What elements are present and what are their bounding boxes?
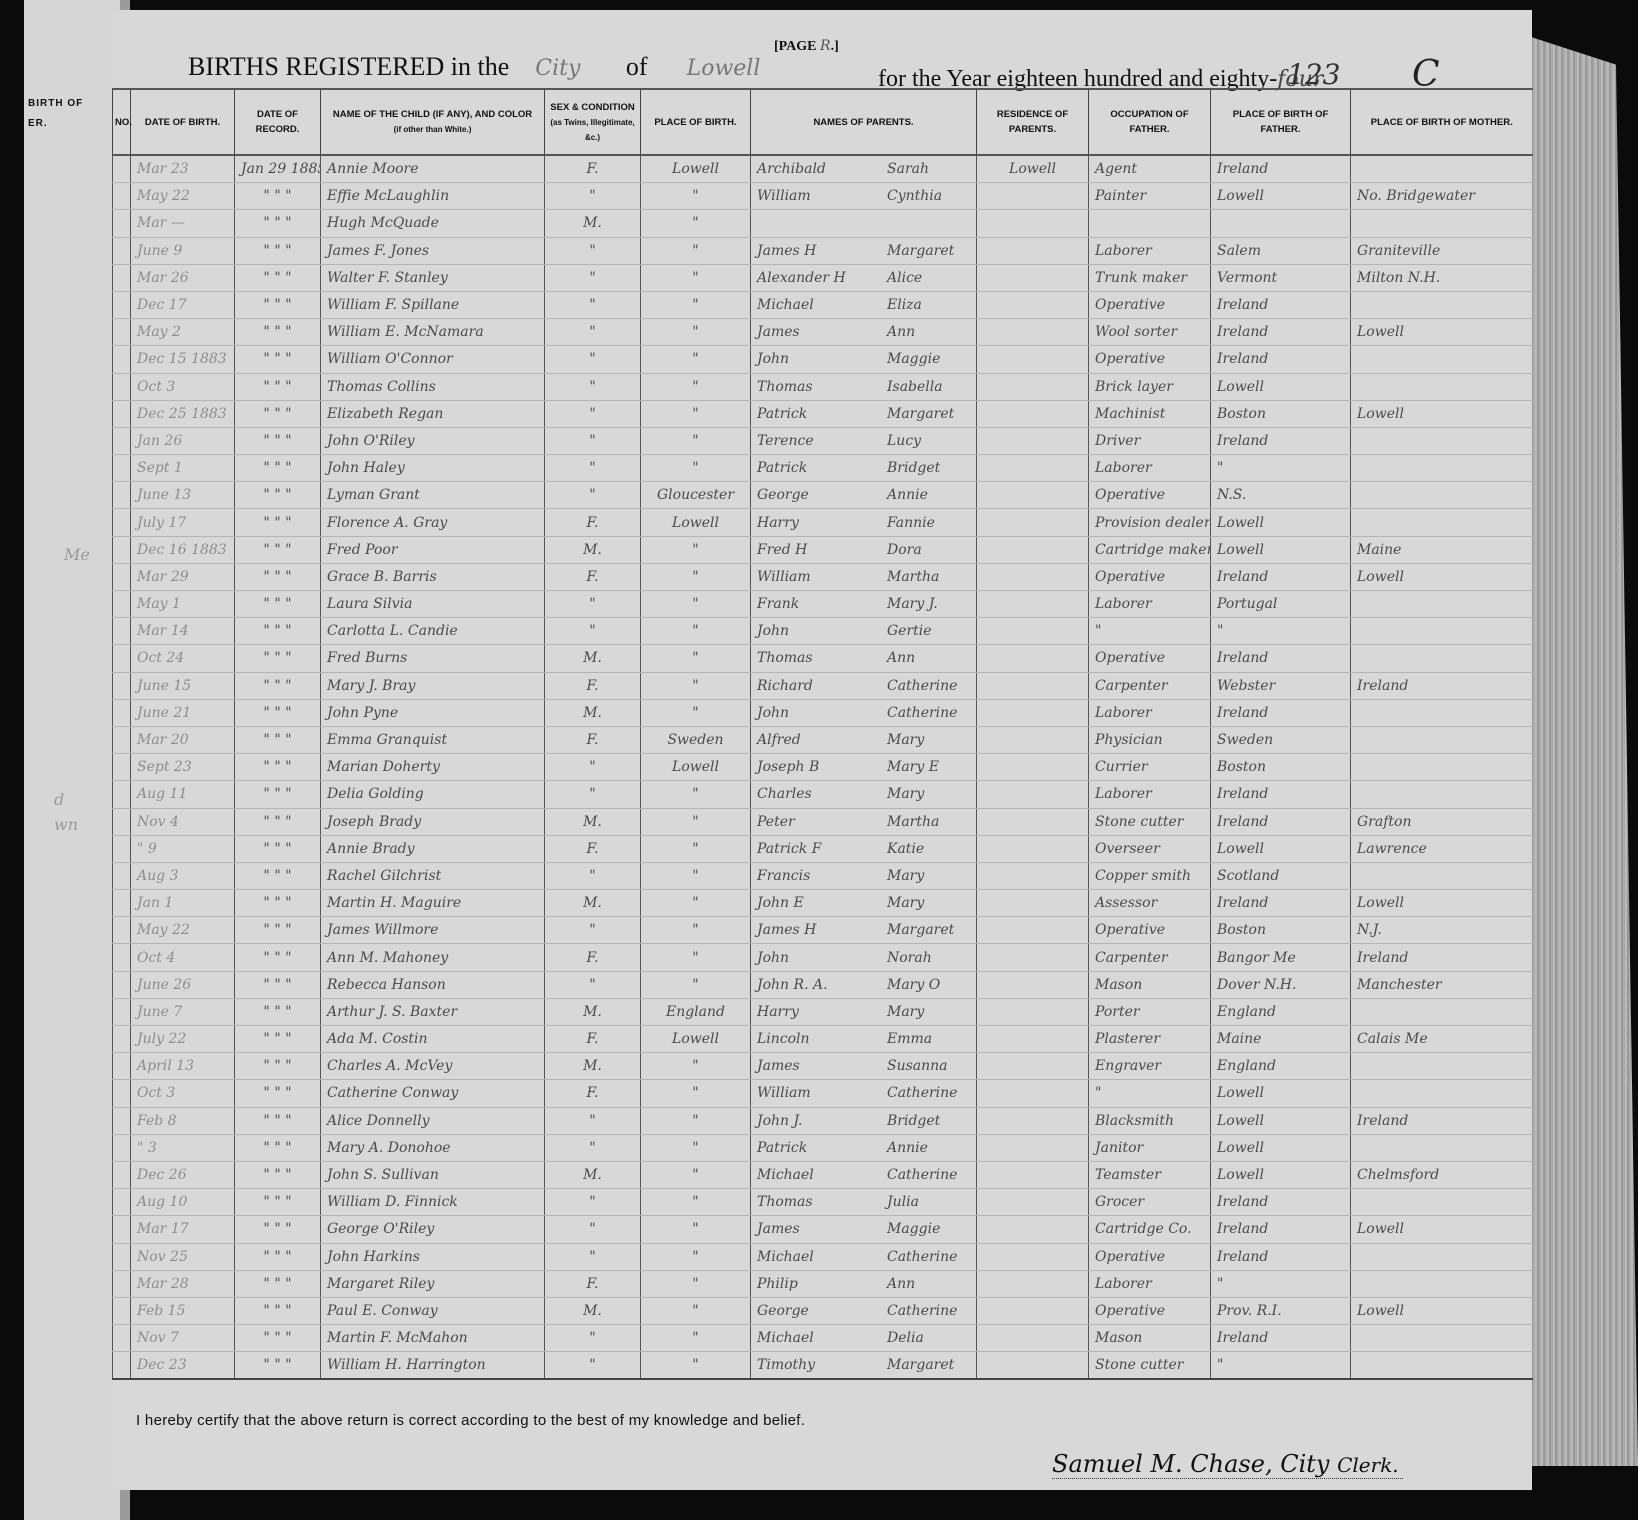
parents-names: RichardCatherine [751, 672, 977, 699]
table-row: April 13" " "Charles A. McVeyM."JamesSus… [113, 1053, 1533, 1080]
date-of-birth: Mar 23 [131, 155, 235, 183]
parents-names: FrancisMary [751, 862, 977, 889]
date-of-record: " " " [235, 754, 321, 781]
residence [977, 591, 1089, 618]
mother-name: Martha [887, 569, 939, 585]
date-of-birth: Feb 8 [131, 1107, 235, 1134]
sex-condition: " [545, 482, 641, 509]
mother-birthplace: Grafton [1351, 808, 1533, 835]
occupation: Operative [1089, 1243, 1211, 1270]
date-of-record: " " " [235, 427, 321, 454]
date-of-record: " " " [235, 210, 321, 237]
mother-name: Maggie [887, 351, 940, 367]
mother-name: Alice [887, 270, 922, 286]
father-birthplace: Ireland [1211, 1325, 1351, 1352]
residence [977, 1026, 1089, 1053]
date-of-birth: Oct 3 [131, 373, 235, 400]
child-name: Rachel Gilchrist [321, 862, 545, 889]
table-row: May 22" " "James Willmore""James HMargar… [113, 917, 1533, 944]
occupation: Physician [1089, 726, 1211, 753]
date-of-birth: Aug 3 [131, 862, 235, 889]
col-residence: Residence of Parents. [977, 89, 1089, 155]
mother-name: Margaret [887, 922, 954, 938]
table-row: Aug 11" " "Delia Golding""CharlesMaryLab… [113, 781, 1533, 808]
date-of-record: Jan 29 1885 [235, 155, 321, 183]
col-date-of-birth: Date of Birth. [131, 89, 235, 155]
occupation: Driver [1089, 427, 1211, 454]
residence [977, 862, 1089, 889]
occupation: Operative [1089, 1297, 1211, 1324]
row-number [113, 1243, 131, 1270]
father-birthplace: Prov. R.I. [1211, 1297, 1351, 1324]
row-number [113, 183, 131, 210]
mother-name: Margaret [887, 1357, 954, 1373]
place-of-birth: " [641, 699, 751, 726]
sex-condition: " [545, 862, 641, 889]
date-of-record: " " " [235, 1297, 321, 1324]
occupation: Plasterer [1089, 1026, 1211, 1053]
table-row: Mar 29" " "Grace B. BarrisF."WilliamMart… [113, 563, 1533, 590]
row-number [113, 563, 131, 590]
occupation: Carpenter [1089, 944, 1211, 971]
parents-names: Patrick FKatie [751, 835, 977, 862]
row-number [113, 917, 131, 944]
mother-birthplace: Manchester [1351, 971, 1533, 998]
mother-name: Cynthia [887, 188, 942, 204]
row-number [113, 1270, 131, 1297]
father-birthplace: Maine [1211, 1026, 1351, 1053]
mother-birthplace [1351, 1053, 1533, 1080]
date-of-birth: Nov 7 [131, 1325, 235, 1352]
residence [977, 1352, 1089, 1380]
mother-birthplace [1351, 1352, 1533, 1380]
place-of-birth: " [641, 917, 751, 944]
sex-condition: F. [545, 155, 641, 183]
place-of-birth: " [641, 1189, 751, 1216]
date-of-record: " " " [235, 291, 321, 318]
occupation: Engraver [1089, 1053, 1211, 1080]
mother-name: Norah [887, 950, 932, 966]
father-name: William [757, 569, 887, 585]
row-number [113, 998, 131, 1025]
row-number [113, 1297, 131, 1324]
occupation: Trunk maker [1089, 264, 1211, 291]
father-name: Patrick [757, 1140, 887, 1156]
date-of-record: " " " [235, 699, 321, 726]
place-of-birth: Lowell [641, 155, 751, 183]
residence [977, 672, 1089, 699]
father-birthplace: Lowell [1211, 1107, 1351, 1134]
child-name: Arthur J. S. Baxter [321, 998, 545, 1025]
father-name: Alexander H [757, 270, 887, 286]
occupation: Operative [1089, 346, 1211, 373]
date-of-record: " " " [235, 971, 321, 998]
child-name: Fred Burns [321, 645, 545, 672]
date-of-birth: June 21 [131, 699, 235, 726]
parents-names: FrankMary J. [751, 591, 977, 618]
occupation: Laborer [1089, 781, 1211, 808]
occupation: Laborer [1089, 591, 1211, 618]
row-number [113, 944, 131, 971]
row-number [113, 1053, 131, 1080]
mother-birthplace: Ireland [1351, 944, 1533, 971]
mother-name: Catherine [887, 678, 957, 694]
mother-birthplace: Ireland [1351, 672, 1533, 699]
date-of-record: " " " [235, 509, 321, 536]
occupation: " [1089, 1080, 1211, 1107]
col-no: No. [113, 89, 131, 155]
sex-condition: M. [545, 998, 641, 1025]
mother-name: Catherine [887, 1303, 957, 1319]
sex-condition: " [545, 1243, 641, 1270]
row-number [113, 373, 131, 400]
date-of-record: " " " [235, 998, 321, 1025]
father-birthplace: Lowell [1211, 1080, 1351, 1107]
date-of-birth: July 22 [131, 1026, 235, 1053]
date-of-birth: May 1 [131, 591, 235, 618]
mother-birthplace [1351, 1134, 1533, 1161]
father-name: Patrick F [757, 841, 887, 857]
place-of-birth: " [641, 346, 751, 373]
mother-name: Annie [887, 1140, 928, 1156]
residence [977, 1053, 1089, 1080]
residence [977, 781, 1089, 808]
place-of-birth: " [641, 1352, 751, 1380]
table-row: Jan 1" " "Martin H. MaguireM."John EMary… [113, 890, 1533, 917]
row-number [113, 1325, 131, 1352]
sex-condition: " [545, 1189, 641, 1216]
sex-condition: " [545, 781, 641, 808]
table-row: July 22" " "Ada M. CostinF.LowellLincoln… [113, 1026, 1533, 1053]
mother-name: Catherine [887, 1167, 957, 1183]
date-of-birth: Nov 4 [131, 808, 235, 835]
mother-name: Annie [887, 487, 928, 503]
father-birthplace: England [1211, 998, 1351, 1025]
date-of-birth: " 3 [131, 1134, 235, 1161]
father-birthplace [1211, 210, 1351, 237]
mother-birthplace: Lowell [1351, 400, 1533, 427]
place-of-birth: " [641, 319, 751, 346]
births-register-table: No. Date of Birth. Date of Record. Name … [112, 88, 1533, 1380]
father-name: Patrick [757, 460, 887, 476]
sex-condition: " [545, 237, 641, 264]
father-name: Patrick [757, 406, 887, 422]
date-of-record: " " " [235, 346, 321, 373]
child-name: Joseph Brady [321, 808, 545, 835]
mother-name: Katie [887, 841, 924, 857]
table-row: June 26" " "Rebecca Hanson""John R. A.Ma… [113, 971, 1533, 998]
residence [977, 427, 1089, 454]
parents-names: JohnMaggie [751, 346, 977, 373]
mother-name: Ann [887, 1276, 915, 1292]
child-name: Marian Doherty [321, 754, 545, 781]
mother-birthplace: Lowell [1351, 1216, 1533, 1243]
table-row: Nov 7" " "Martin F. McMahon""MichaelDeli… [113, 1325, 1533, 1352]
occupation: Mason [1089, 971, 1211, 998]
table-row: Mar 26" " "Walter F. Stanley""Alexander … [113, 264, 1533, 291]
mother-birthplace: Lowell [1351, 890, 1533, 917]
child-name: Annie Moore [321, 155, 545, 183]
father-birthplace: Ireland [1211, 155, 1351, 183]
father-name: John R. A. [757, 977, 887, 993]
mother-name: Ann [887, 324, 915, 340]
parents-names: JamesSusanna [751, 1053, 977, 1080]
father-birthplace: Boston [1211, 754, 1351, 781]
col-date-of-record: Date of Record. [235, 89, 321, 155]
mother-name: Susanna [887, 1058, 948, 1074]
father-name: James H [757, 922, 887, 938]
parents-names: MichaelCatherine [751, 1243, 977, 1270]
father-name: John J. [757, 1113, 887, 1129]
row-number [113, 835, 131, 862]
occupation: Mason [1089, 1325, 1211, 1352]
child-name: John S. Sullivan [321, 1161, 545, 1188]
father-birthplace: Lowell [1211, 1134, 1351, 1161]
parents-names: GeorgeCatherine [751, 1297, 977, 1324]
sex-condition: F. [545, 1026, 641, 1053]
mother-birthplace [1351, 781, 1533, 808]
date-of-record: " " " [235, 482, 321, 509]
father-name: Harry [757, 1004, 887, 1020]
mother-birthplace [1351, 726, 1533, 753]
parents-names: CharlesMary [751, 781, 977, 808]
table-row: Oct 24" " "Fred BurnsM."ThomasAnnOperati… [113, 645, 1533, 672]
table-row: Nov 25" " "John Harkins""MichaelCatherin… [113, 1243, 1533, 1270]
place-of-birth: " [641, 862, 751, 889]
father-birthplace: Boston [1211, 400, 1351, 427]
child-name: Paul E. Conway [321, 1297, 545, 1324]
mother-name: Mary J. [887, 596, 938, 612]
father-birthplace: Ireland [1211, 1243, 1351, 1270]
row-number [113, 1161, 131, 1188]
residence [977, 210, 1089, 237]
occupation: Copper smith [1089, 862, 1211, 889]
child-name: Margaret Riley [321, 1270, 545, 1297]
father-birthplace: Ireland [1211, 319, 1351, 346]
child-name: Alice Donnelly [321, 1107, 545, 1134]
parents-names: James HMargaret [751, 917, 977, 944]
residence [977, 536, 1089, 563]
occupation [1089, 210, 1211, 237]
occupation: Currier [1089, 754, 1211, 781]
residence [977, 890, 1089, 917]
mother-name: Fannie [887, 515, 935, 531]
row-number [113, 1107, 131, 1134]
residence [977, 400, 1089, 427]
father-birthplace: Salem [1211, 237, 1351, 264]
mother-birthplace [1351, 1270, 1533, 1297]
parents-names: HarryFannie [751, 509, 977, 536]
date-of-record: " " " [235, 618, 321, 645]
occupation: Laborer [1089, 1270, 1211, 1297]
occupation: Painter [1089, 183, 1211, 210]
col-occupation: Occupation of Father. [1089, 89, 1211, 155]
mother-birthplace [1351, 155, 1533, 183]
parents-names: Fred HDora [751, 536, 977, 563]
father-birthplace: Ireland [1211, 781, 1351, 808]
father-birthplace: Lowell [1211, 183, 1351, 210]
father-name: Harry [757, 515, 887, 531]
date-of-birth: May 2 [131, 319, 235, 346]
father-birthplace: Lowell [1211, 509, 1351, 536]
father-name: Thomas [757, 650, 887, 666]
folio-number: 123 [1287, 58, 1340, 91]
mother-name: Gertie [887, 623, 932, 639]
father-name: James H [757, 243, 887, 259]
mother-name: Mary [887, 868, 924, 884]
date-of-birth: Oct 4 [131, 944, 235, 971]
mother-birthplace [1351, 373, 1533, 400]
date-of-birth: Jan 26 [131, 427, 235, 454]
mother-birthplace [1351, 291, 1533, 318]
row-number [113, 1352, 131, 1380]
date-of-record: " " " [235, 862, 321, 889]
margin-note: Me [64, 545, 90, 564]
date-of-birth: Aug 11 [131, 781, 235, 808]
date-of-record: " " " [235, 264, 321, 291]
date-of-birth: June 15 [131, 672, 235, 699]
table-row: " 9" " "Annie BradyF."Patrick FKatieOver… [113, 835, 1533, 862]
mother-birthplace [1351, 1243, 1533, 1270]
date-of-record: " " " [235, 563, 321, 590]
residence [977, 563, 1089, 590]
mother-birthplace: Milton N.H. [1351, 264, 1533, 291]
municipality-type: City [535, 56, 580, 81]
place-of-birth: " [641, 591, 751, 618]
place-of-birth: " [641, 1161, 751, 1188]
occupation: Porter [1089, 998, 1211, 1025]
occupation: Operative [1089, 563, 1211, 590]
child-name: John Haley [321, 455, 545, 482]
residence [977, 998, 1089, 1025]
mother-birthplace [1351, 998, 1533, 1025]
residence [977, 373, 1089, 400]
mother-birthplace [1351, 699, 1533, 726]
mother-birthplace: Lowell [1351, 319, 1533, 346]
mother-name: Isabella [887, 379, 943, 395]
margin-note: wn [54, 815, 78, 834]
residence [977, 1216, 1089, 1243]
sex-condition: " [545, 319, 641, 346]
clerk-signature: Samuel M. Chase, City Clerk. [1052, 1450, 1403, 1479]
father-name: Charles [757, 786, 887, 802]
date-of-record: " " " [235, 1216, 321, 1243]
row-number [113, 536, 131, 563]
date-of-birth: Jan 1 [131, 890, 235, 917]
date-of-record: " " " [235, 944, 321, 971]
date-of-record: " " " [235, 1189, 321, 1216]
father-birthplace: Lowell [1211, 373, 1351, 400]
child-name: Fred Poor [321, 536, 545, 563]
mother-birthplace [1351, 1080, 1533, 1107]
sex-condition: " [545, 264, 641, 291]
father-name: Michael [757, 297, 887, 313]
row-number [113, 427, 131, 454]
mother-name: Martha [887, 814, 939, 830]
mother-birthplace: Lowell [1351, 1297, 1533, 1324]
parents-names: GeorgeAnnie [751, 482, 977, 509]
father-name: Michael [757, 1167, 887, 1183]
place-of-birth: Lowell [641, 509, 751, 536]
residence [977, 183, 1089, 210]
parents-names: MichaelDelia [751, 1325, 977, 1352]
row-number [113, 264, 131, 291]
child-name: William F. Spillane [321, 291, 545, 318]
date-of-birth: Sept 23 [131, 754, 235, 781]
table-row: Mar 14" " "Carlotta L. Candie""JohnGerti… [113, 618, 1533, 645]
page-number: [PAGE R.] [774, 38, 839, 55]
date-of-record: " " " [235, 1325, 321, 1352]
residence [977, 1107, 1089, 1134]
mother-name: Delia [887, 1330, 924, 1346]
residence [977, 237, 1089, 264]
father-name: Francis [757, 868, 887, 884]
table-row: Aug 3" " "Rachel Gilchrist""FrancisMaryC… [113, 862, 1533, 889]
date-of-record: " " " [235, 1080, 321, 1107]
father-name: James [757, 1058, 887, 1074]
row-number [113, 862, 131, 889]
place-of-birth: Lowell [641, 1026, 751, 1053]
parents-names: PatrickMargaret [751, 400, 977, 427]
father-birthplace: Scotland [1211, 862, 1351, 889]
mother-name: Catherine [887, 705, 957, 721]
col-child-name: Name of the Child (if any), and Color(if… [321, 89, 545, 155]
table-row: Mar 23Jan 29 1885Annie MooreF.LowellArch… [113, 155, 1533, 183]
row-number [113, 971, 131, 998]
col-parents: Names of Parents. [751, 89, 977, 155]
date-of-birth: Mar 28 [131, 1270, 235, 1297]
mother-name: Dora [887, 542, 922, 558]
mother-birthplace: N.J. [1351, 917, 1533, 944]
row-number [113, 400, 131, 427]
residence [977, 1080, 1089, 1107]
parents-names: PeterMartha [751, 808, 977, 835]
table-row: Sept 1" " "John Haley""PatrickBridgetLab… [113, 455, 1533, 482]
father-name: William [757, 1085, 887, 1101]
place-of-birth: " [641, 1270, 751, 1297]
mother-birthplace: Ireland [1351, 1107, 1533, 1134]
date-of-birth: Oct 24 [131, 645, 235, 672]
place-of-birth: " [641, 400, 751, 427]
sex-condition: F. [545, 1270, 641, 1297]
parents-names: Alexander HAlice [751, 264, 977, 291]
mother-birthplace: Maine [1351, 536, 1533, 563]
sex-condition: F. [545, 672, 641, 699]
row-number [113, 455, 131, 482]
mother-name: Margaret [887, 243, 954, 259]
municipality-name: Lowell [687, 56, 761, 81]
father-birthplace: Portugal [1211, 591, 1351, 618]
occupation: Blacksmith [1089, 1107, 1211, 1134]
residence [977, 808, 1089, 835]
date-of-record: " " " [235, 835, 321, 862]
place-of-birth: " [641, 835, 751, 862]
residence [977, 1134, 1089, 1161]
table-row: Oct 3" " "Catherine ConwayF."WilliamCath… [113, 1080, 1533, 1107]
date-of-record: " " " [235, 183, 321, 210]
sex-condition: " [545, 618, 641, 645]
father-birthplace: Bangor Me [1211, 944, 1351, 971]
place-of-birth: " [641, 808, 751, 835]
child-name: William D. Finnick [321, 1189, 545, 1216]
date-of-record: " " " [235, 319, 321, 346]
child-name: Effie McLaughlin [321, 183, 545, 210]
sex-condition: F. [545, 563, 641, 590]
occupation: Operative [1089, 917, 1211, 944]
sex-condition: " [545, 1216, 641, 1243]
col-mother-birthplace: Place of Birth of Mother. [1351, 89, 1533, 155]
parents-names: John EMary [751, 890, 977, 917]
